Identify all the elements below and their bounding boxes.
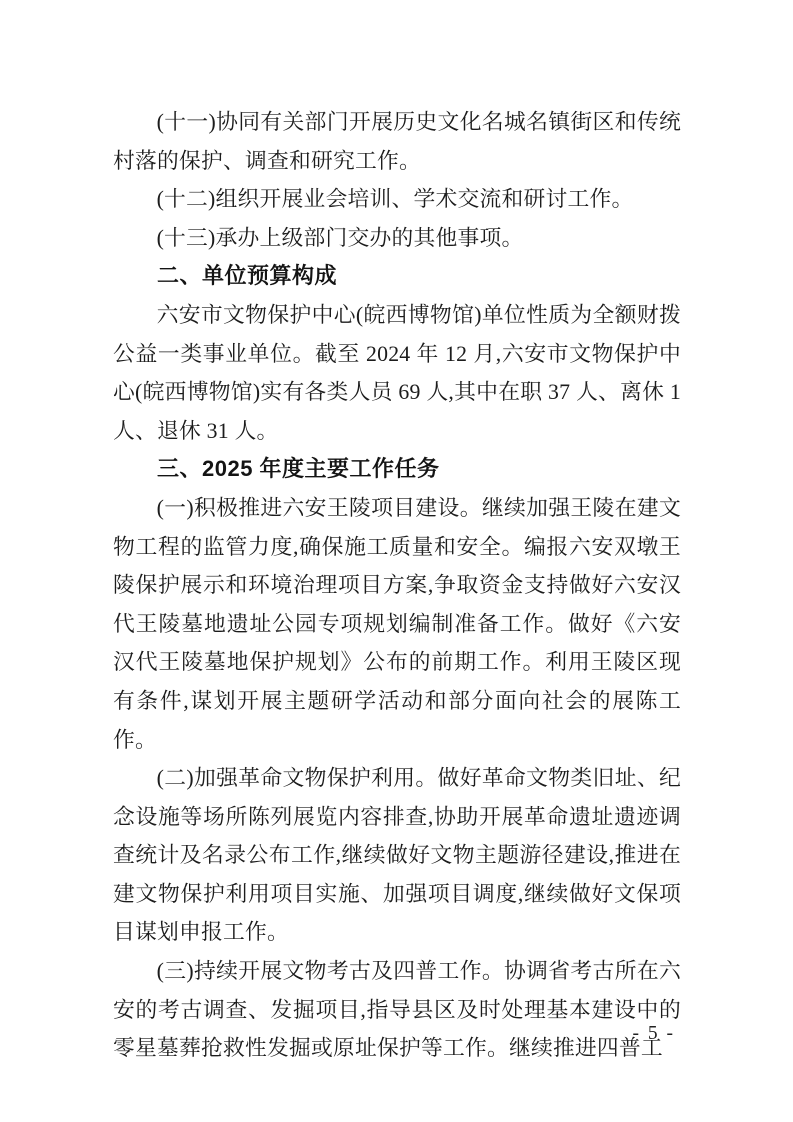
body-paragraph: (二)加强革命文物保护利用。做好革命文物类旧址、纪念设施等场所陈列展览内容排查,… xyxy=(113,759,681,952)
document-body: (十一)协同有关部门开展历史文化名城名镇街区和传统村落的保护、调查和研究工作。(… xyxy=(113,103,681,1068)
body-paragraph: (十三)承办上级部门交办的其他事项。 xyxy=(113,219,681,258)
section-heading: 三、2025 年度主要工作任务 xyxy=(113,450,681,489)
page-5: (十一)协同有关部门开展历史文化名城名镇街区和传统村落的保护、调查和研究工作。(… xyxy=(0,0,793,1122)
body-paragraph: (三)持续开展文物考古及四普工作。协调省考古所在六安的考古调查、发掘项目,指导县… xyxy=(113,952,681,1068)
body-paragraph: (十一)协同有关部门开展历史文化名城名镇街区和传统村落的保护、调查和研究工作。 xyxy=(113,103,681,180)
body-paragraph: (一)积极推进六安王陵项目建设。继续加强王陵在建文物工程的监管力度,确保施工质量… xyxy=(113,489,681,759)
section-heading: 二、单位预算构成 xyxy=(113,257,681,296)
document-page: { "page": { "background_color": "#ffffff… xyxy=(0,0,793,1122)
body-paragraph: 六安市文物保护中心(皖西博物馆)单位性质为全额财拨公益一类事业单位。截至 202… xyxy=(113,296,681,450)
page-number: - 5 - xyxy=(633,1021,676,1047)
body-paragraph: (十二)组织开展业会培训、学术交流和研讨工作。 xyxy=(113,180,681,219)
